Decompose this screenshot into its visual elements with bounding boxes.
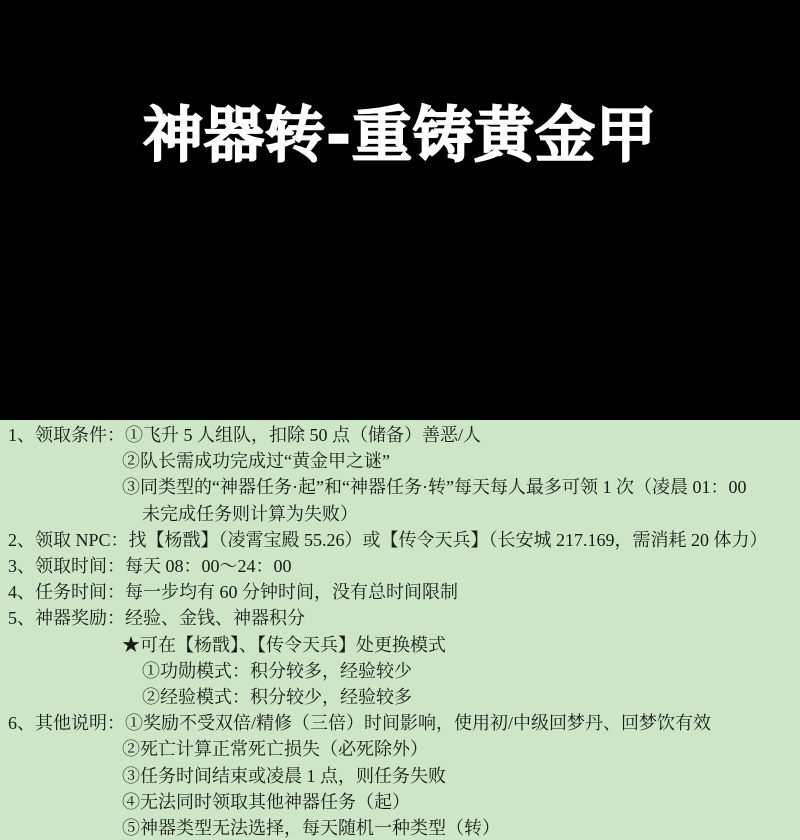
rule-line: ⑤神器类型无法选择，每天随机一种类型（转）: [0, 815, 800, 840]
rules-panel: 1、领取条件：①飞升 5 人组队，扣除 50 点（储备）善恶/人②队长需成功完成…: [0, 420, 800, 840]
rule-line: ③同类型的“神器任务·起”和“神器任务·转”每天每人最多可领 1 次（凌晨 01…: [0, 474, 800, 500]
rule-line: ②死亡计算正常死亡损失（必死除外）: [0, 736, 800, 762]
guide-poster: 神器转-重铸黄金甲 1、领取条件：①飞升 5 人组队，扣除 50 点（储备）善恶…: [0, 0, 800, 840]
rules-lines: 1、领取条件：①飞升 5 人组队，扣除 50 点（储备）善恶/人②队长需成功完成…: [0, 422, 800, 840]
rule-line: 5、神器奖励：经验、金钱、神器积分: [0, 605, 800, 631]
rule-line: 2、领取 NPC：找【杨戬】（凌霄宝殿 55.26）或【传令天兵】（长安城 21…: [0, 527, 800, 553]
rule-line: ④无法同时领取其他神器任务（起）: [0, 789, 800, 815]
rule-line: ②经验模式：积分较少，经验较多: [0, 684, 800, 710]
rule-line: ★可在【杨戬】、【传令天兵】处更换模式: [0, 632, 800, 658]
rule-line: ③任务时间结束或凌晨 1 点，则任务失败: [0, 763, 800, 789]
rule-line: 1、领取条件：①飞升 5 人组队，扣除 50 点（储备）善恶/人: [0, 422, 800, 448]
title-banner: 神器转-重铸黄金甲: [0, 0, 800, 420]
rule-line: ②队长需成功完成过“黄金甲之谜”: [0, 448, 800, 474]
rule-line: 4、任务时间：每一步均有 60 分钟时间，没有总时间限制: [0, 579, 800, 605]
rule-line: 6、其他说明：①奖励不受双倍/精修（三倍）时间影响，使用初/中级回梦丹、回梦饮有…: [0, 710, 800, 736]
rule-line: 未完成任务则计算为失败）: [0, 501, 800, 527]
rule-line: ①功勋模式：积分较多，经验较少: [0, 658, 800, 684]
rule-line: 3、领取时间：每天 08：00～24：00: [0, 553, 800, 579]
poster-title: 神器转-重铸黄金甲: [143, 0, 657, 171]
